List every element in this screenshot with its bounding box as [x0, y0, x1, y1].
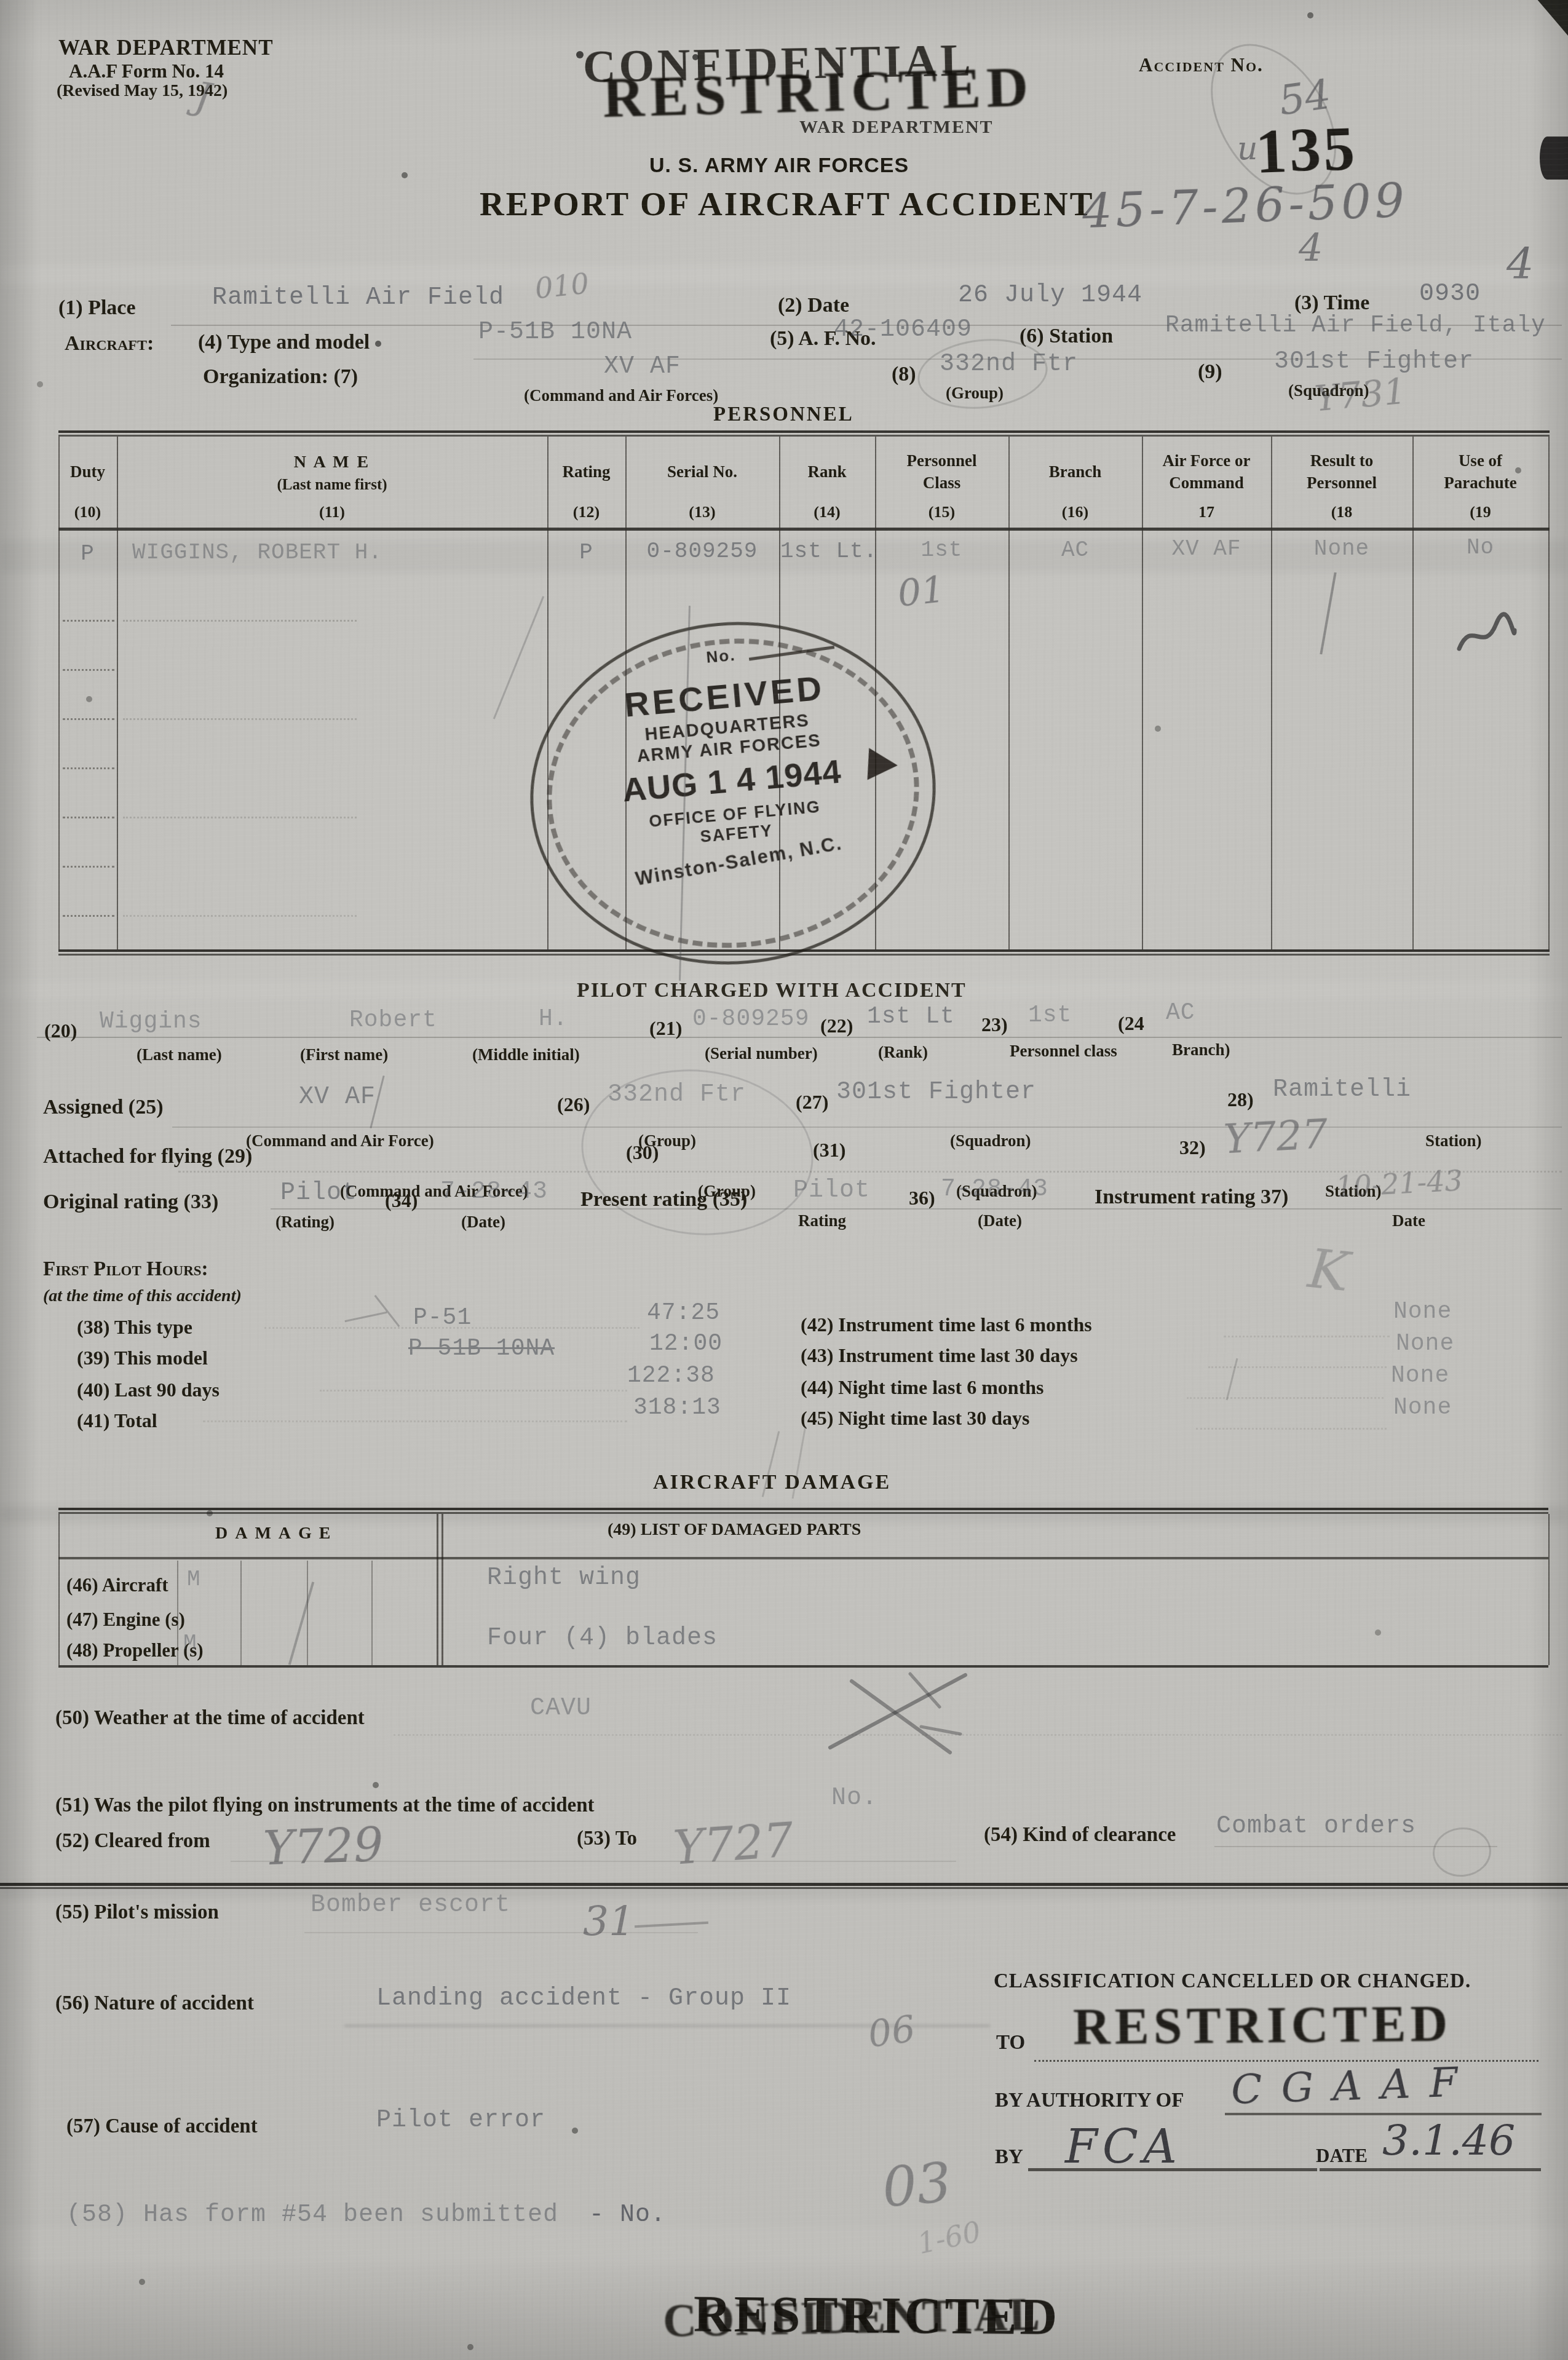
- col-header-branch: Branch: [1010, 462, 1141, 481]
- f21-label: (21): [649, 1017, 682, 1040]
- f56-label: (56) Nature of accident: [55, 1992, 254, 2015]
- col-header-rating: Rating: [548, 462, 624, 481]
- f46-label: (46) Aircraft: [66, 1574, 168, 1596]
- last-name-sublabel: (Last name): [137, 1045, 222, 1064]
- dotted-leader: [1187, 1397, 1384, 1399]
- pilot-middle-initial: H.: [539, 1006, 568, 1032]
- assigned-command-sublabel: (Command and Air Force): [246, 1131, 434, 1150]
- f53-handwritten: Y727: [671, 1812, 795, 1875]
- restricted-change-stamp: RESTRICTED: [1073, 1994, 1452, 2057]
- f50-value: CAVU: [530, 1695, 592, 1722]
- scan-band: [0, 1507, 1568, 1523]
- f39-model: P-51B 10NA: [408, 1336, 555, 1362]
- scan-band: [0, 981, 1568, 999]
- dotted-leader: [1196, 1428, 1387, 1430]
- damage-gridline: [371, 1561, 373, 1665]
- damage-box-bottom: [58, 1665, 1548, 1668]
- organization-label: Organization: (7): [203, 365, 358, 389]
- pilot-class: 1st: [1028, 1002, 1072, 1029]
- pencil-tick-result: [1320, 572, 1336, 655]
- f54-label: (54) Kind of clearance: [984, 1824, 1176, 1847]
- attached-label: Attached for flying (29): [43, 1145, 252, 1168]
- to-label: TO: [996, 2032, 1025, 2054]
- classification-title: CLASSIFICATION CANCELLED OR CHANGED.: [994, 1970, 1471, 1993]
- agency-name: WAR DEPARTMENT: [58, 36, 274, 60]
- assigned-station-sublabel: Station): [1425, 1131, 1482, 1150]
- f36-label: 36): [909, 1187, 935, 1210]
- assigned-label: Assigned (25): [43, 1096, 164, 1119]
- original-rating-date: 7-28-43: [440, 1178, 548, 1206]
- date-underline: [1320, 2168, 1541, 2171]
- date-value: 26 July 1944: [958, 282, 1142, 309]
- f51-value: No.: [831, 1784, 877, 1812]
- col-num-rank: (14): [780, 503, 874, 521]
- dotted-row: [123, 718, 357, 720]
- pencil-doodle-weather: [818, 1668, 984, 1760]
- accident-report-scan: WAR DEPARTMENT A.A.F Form No. 14 (Revise…: [0, 0, 1568, 2360]
- rating-sublabel: (Rating): [275, 1213, 335, 1232]
- original-rating-value: Pilot: [280, 1179, 357, 1207]
- date-change-handwritten: 3.1.46: [1382, 2116, 1515, 2165]
- pencil-circle-clearance: [1430, 1824, 1494, 1879]
- to-underline: [1034, 2060, 1538, 2062]
- col-header-result: Result to: [1272, 451, 1411, 470]
- date-sublabel: (Date): [461, 1213, 505, 1232]
- f45-label: (45) Night time last 30 days: [801, 1407, 1029, 1430]
- rule-line: [271, 1208, 1562, 1210]
- damaged-parts-header: (49) LIST OF DAMAGED PARTS: [608, 1520, 861, 1540]
- stamp-ink-blot-arrow: [868, 748, 899, 781]
- f38-value: 47:25: [647, 1300, 720, 1326]
- col-num-rating: (12): [548, 503, 624, 521]
- pencil-stroke: [1226, 1358, 1238, 1401]
- pencil-dash: [635, 1922, 708, 1928]
- table-header-rule: [58, 528, 1550, 531]
- col-header-command: Air Force or: [1143, 451, 1270, 470]
- group-field-label: (8): [892, 363, 916, 386]
- war-department-substamp: WAR DEPARTMENT: [799, 117, 994, 138]
- present-rating-date: 7-28-43: [941, 1176, 1048, 1203]
- squadron-handwritten: Y731: [1313, 370, 1408, 420]
- pilot-branch: AC: [1166, 1000, 1195, 1026]
- branch-sublabel: Branch): [1172, 1040, 1230, 1059]
- station-label: (6) Station: [1020, 325, 1113, 348]
- assigned-value: XV AF: [299, 1083, 376, 1111]
- dotted-leader: [203, 1420, 627, 1422]
- authority-underline: [1225, 2113, 1542, 2115]
- damage-box-right: [1548, 1514, 1550, 1665]
- org-title: U. S. ARMY AIR FORCES: [649, 154, 909, 178]
- dotted-row: [63, 620, 114, 622]
- dotted-leader: [320, 1390, 627, 1392]
- damage-title: AIRCRAFT DAMAGE: [653, 1471, 891, 1494]
- first-name-sublabel: (First name): [300, 1045, 388, 1064]
- f39-label: (39) This model: [77, 1347, 208, 1369]
- f40-value: 122:38: [627, 1363, 715, 1389]
- original-rating-label: Original rating (33): [43, 1190, 218, 1214]
- f55-handwritten: 31: [583, 1898, 635, 1945]
- type-label: (4) Type and model: [198, 331, 370, 354]
- pencil-stroke-damage: [288, 1582, 314, 1665]
- pencil-mark-k: K: [1305, 1237, 1352, 1304]
- squadron-value: 301st Fighter: [1274, 348, 1474, 376]
- f41-label: (41) Total: [77, 1409, 157, 1432]
- pilot-first-name: Robert: [349, 1007, 437, 1034]
- scan-band: [0, 1885, 1568, 1898]
- dotted-row: [123, 620, 357, 622]
- middle-initial-sublabel: (Middle initial): [472, 1045, 580, 1064]
- f50-label: (50) Weather at the time of accident: [55, 1707, 365, 1730]
- present-rating-sublabel: Rating: [798, 1211, 846, 1230]
- f41-value: 318:13: [633, 1395, 721, 1421]
- f23-label: 23): [981, 1013, 1008, 1036]
- f56-value: Landing accident - Group II: [376, 1985, 791, 2013]
- damage-box-left: [58, 1514, 60, 1665]
- col-num-duty: (10): [60, 503, 116, 521]
- f44-label: (44) Night time last 6 months: [801, 1376, 1044, 1399]
- personnel-title: PERSONNEL: [713, 403, 854, 426]
- col-header-result-2: Personnel: [1272, 473, 1411, 493]
- dotted-leader: [1224, 1336, 1390, 1337]
- aircraft-label: Aircraft:: [65, 332, 154, 355]
- f30-label: (30): [626, 1141, 659, 1164]
- f24-label: (24: [1118, 1012, 1144, 1035]
- rank-sublabel: (Rank): [878, 1043, 928, 1062]
- serial-sublabel: (Serial number): [705, 1044, 818, 1063]
- f22-label: (22): [820, 1015, 853, 1037]
- page-title: REPORT OF AIRCRAFT ACCIDENT: [480, 184, 1094, 223]
- rule-line: [37, 1037, 1562, 1038]
- f44-value: None: [1391, 1363, 1449, 1389]
- f27-label: (27): [796, 1091, 828, 1114]
- table-top-border: [58, 430, 1550, 437]
- received-stamp: No. RECEIVED HEADQUARTERS ARMY AIR FORCE…: [516, 605, 950, 981]
- col-num-command: 17: [1143, 503, 1270, 521]
- date-change-label: DATE: [1316, 2145, 1368, 2167]
- f58-answer: - No.: [589, 2201, 666, 2229]
- organization-value: XV AF: [604, 353, 681, 381]
- f43-label: (43) Instrument time last 30 days: [801, 1344, 1078, 1367]
- f32-label: 32): [1179, 1136, 1206, 1159]
- f47-label: (47) Engine (s): [66, 1609, 185, 1631]
- date-label: (2) Date: [778, 294, 849, 317]
- smudge-line: [344, 2024, 990, 2027]
- rule-line: [1214, 1846, 1497, 1847]
- hours-title: First Pilot Hours:: [43, 1258, 208, 1281]
- col-header-rank: Rank: [780, 462, 874, 481]
- col-num-parachute: (19: [1414, 503, 1547, 521]
- f52-handwritten: Y729: [263, 1817, 384, 1876]
- col-num-result: (18: [1272, 503, 1411, 521]
- scan-band: [0, 2226, 1568, 2263]
- f26-label: (26): [557, 1093, 590, 1116]
- col-header-name: N A M E: [118, 453, 546, 472]
- f39-value: 12:00: [649, 1331, 723, 1357]
- station-handwritten: Y727: [1222, 1111, 1329, 1163]
- by-handwritten: FCA: [1065, 2119, 1182, 2174]
- col-num-class: (15): [876, 503, 1007, 521]
- class-sublabel: Personnel class: [1010, 1042, 1117, 1061]
- pilot-serial: 0-809259: [692, 1006, 809, 1032]
- damage-header: DAMAGE: [215, 1524, 338, 1543]
- col-header-parachute-2: Parachute: [1414, 473, 1547, 493]
- scan-band: [0, 541, 1568, 572]
- f45-value: None: [1393, 1395, 1452, 1421]
- edge-ink-blob: [1540, 137, 1568, 180]
- f48-mark: M: [183, 1631, 197, 1656]
- col-header-parachute: Use of: [1414, 451, 1547, 470]
- col-num-name: (11): [118, 503, 546, 521]
- dotted-row: [63, 767, 114, 769]
- col-header-serial: Serial No.: [627, 462, 778, 481]
- f20-label: (20): [44, 1020, 77, 1042]
- col-header-class-2: Class: [876, 473, 1007, 493]
- rule-line: [304, 1932, 698, 1933]
- f42-value: None: [1393, 1299, 1452, 1325]
- by-label: BY: [995, 2146, 1023, 2169]
- hours-subtitle: (at the time of this accident): [43, 1286, 242, 1306]
- f51-label: (51) Was the pilot flying on instruments…: [55, 1794, 595, 1817]
- squadron-field-label: (9): [1198, 360, 1222, 384]
- pilot-rank: 1st Lt: [867, 1004, 955, 1030]
- f53-label: (53) To: [577, 1827, 637, 1850]
- case-number-handwritten: 45-7-26-509: [1082, 173, 1409, 239]
- col-header-name-sub: (Last name first): [118, 477, 546, 494]
- f31-label: (31): [813, 1139, 845, 1162]
- dotted-row: [63, 718, 114, 720]
- group-sublabel: (Group): [946, 384, 1004, 403]
- f38-label: (38) This type: [77, 1316, 192, 1339]
- damage-gridline: [240, 1561, 242, 1665]
- place-value: Ramitelli Air Field: [212, 284, 504, 312]
- damage-box-divider: [441, 1514, 443, 1665]
- dotted-rule: [394, 1734, 1562, 1736]
- f28-label: 28): [1227, 1088, 1254, 1111]
- damage-gridline: [307, 1561, 308, 1665]
- class-handwritten: 01: [896, 568, 947, 616]
- col-header-command-2: Command: [1143, 473, 1270, 493]
- f58-label: (58) Has form #54 been submitted: [66, 2201, 558, 2229]
- pencil-stroke: [374, 1295, 400, 1327]
- f46-part: Right wing: [487, 1564, 641, 1592]
- col-num-serial: (13): [627, 503, 778, 521]
- f48-part: Four (4) blades: [487, 1625, 718, 1652]
- f57-label: (57) Cause of accident: [66, 2115, 258, 2138]
- time-label: (3) Time: [1294, 291, 1369, 315]
- instrument-rating-label: Instrument rating 37): [1095, 1186, 1288, 1209]
- pilot-last-name: Wiggins: [100, 1008, 202, 1035]
- dotted-row: [123, 817, 357, 818]
- col-header-duty: Duty: [60, 462, 116, 481]
- authority-label: BY AUTHORITY OF: [995, 2089, 1184, 2112]
- place-label: (1) Place: [58, 296, 136, 320]
- damage-box-divider: [437, 1514, 438, 1665]
- table-gridline: [1548, 437, 1550, 949]
- col-header-class: Personnel: [876, 451, 1007, 470]
- f52-label: (52) Cleared from: [55, 1830, 210, 1853]
- f55-label: (55) Pilot's mission: [55, 1901, 219, 1924]
- f42-label: (42) Instrument time last 6 months: [801, 1313, 1092, 1336]
- dotted-row: [63, 915, 114, 917]
- dotted-row: [63, 817, 114, 818]
- authority-handwritten: C G A A F: [1230, 2059, 1462, 2114]
- case-number-digit-handwritten: 4: [1299, 225, 1323, 270]
- rule-line: [231, 1861, 956, 1862]
- station-value: Ramitelli Air Field, Italy: [1165, 312, 1546, 339]
- dotted-row: [123, 915, 357, 917]
- instrument-date-sublabel: Date: [1392, 1211, 1425, 1230]
- f40-label: (40) Last 90 days: [77, 1379, 220, 1401]
- af-no-value: 42-106409: [834, 316, 972, 344]
- dotted-row: [63, 866, 114, 868]
- bottom-restricted-stamp: RESTRICTED: [694, 2284, 1061, 2347]
- pencil-stroke: [344, 1312, 387, 1322]
- present-rating-value: Pilot: [793, 1177, 870, 1205]
- f46-mark: M: [187, 1567, 201, 1592]
- by-underline: [1028, 2168, 1317, 2171]
- dotted-leader: [264, 1327, 639, 1329]
- col-num-branch: (16): [1010, 503, 1141, 521]
- assigned-squadron-value: 301st Fighter: [836, 1079, 1036, 1106]
- command-sublabel: (Command and Air Forces): [524, 386, 718, 405]
- type-value: P-51B 10NA: [478, 319, 632, 346]
- ink-specks: [0, 0, 4, 4]
- corner-ink-blob: [1521, 0, 1568, 36]
- dotted-row: [63, 669, 114, 671]
- present-date-sublabel: (Date): [978, 1211, 1022, 1230]
- assigned-station-value: Ramitelli: [1273, 1076, 1411, 1104]
- f57-value: Pilot error: [376, 2107, 545, 2134]
- scan-band: [0, 264, 1568, 285]
- pencil-scribble-parachute: [1456, 612, 1518, 658]
- f54-value: Combat orders: [1216, 1813, 1416, 1840]
- f43-value: None: [1396, 1331, 1454, 1357]
- assigned-squadron-sublabel: (Squadron): [950, 1131, 1031, 1150]
- damage-header-rule: [58, 1557, 1548, 1559]
- rule-line: [172, 1127, 1562, 1128]
- f58-handwritten: 03: [880, 2150, 954, 2219]
- f56-handwritten: 06: [866, 2008, 918, 2057]
- instrument-rating-date: 10-21-43: [1335, 1164, 1463, 1204]
